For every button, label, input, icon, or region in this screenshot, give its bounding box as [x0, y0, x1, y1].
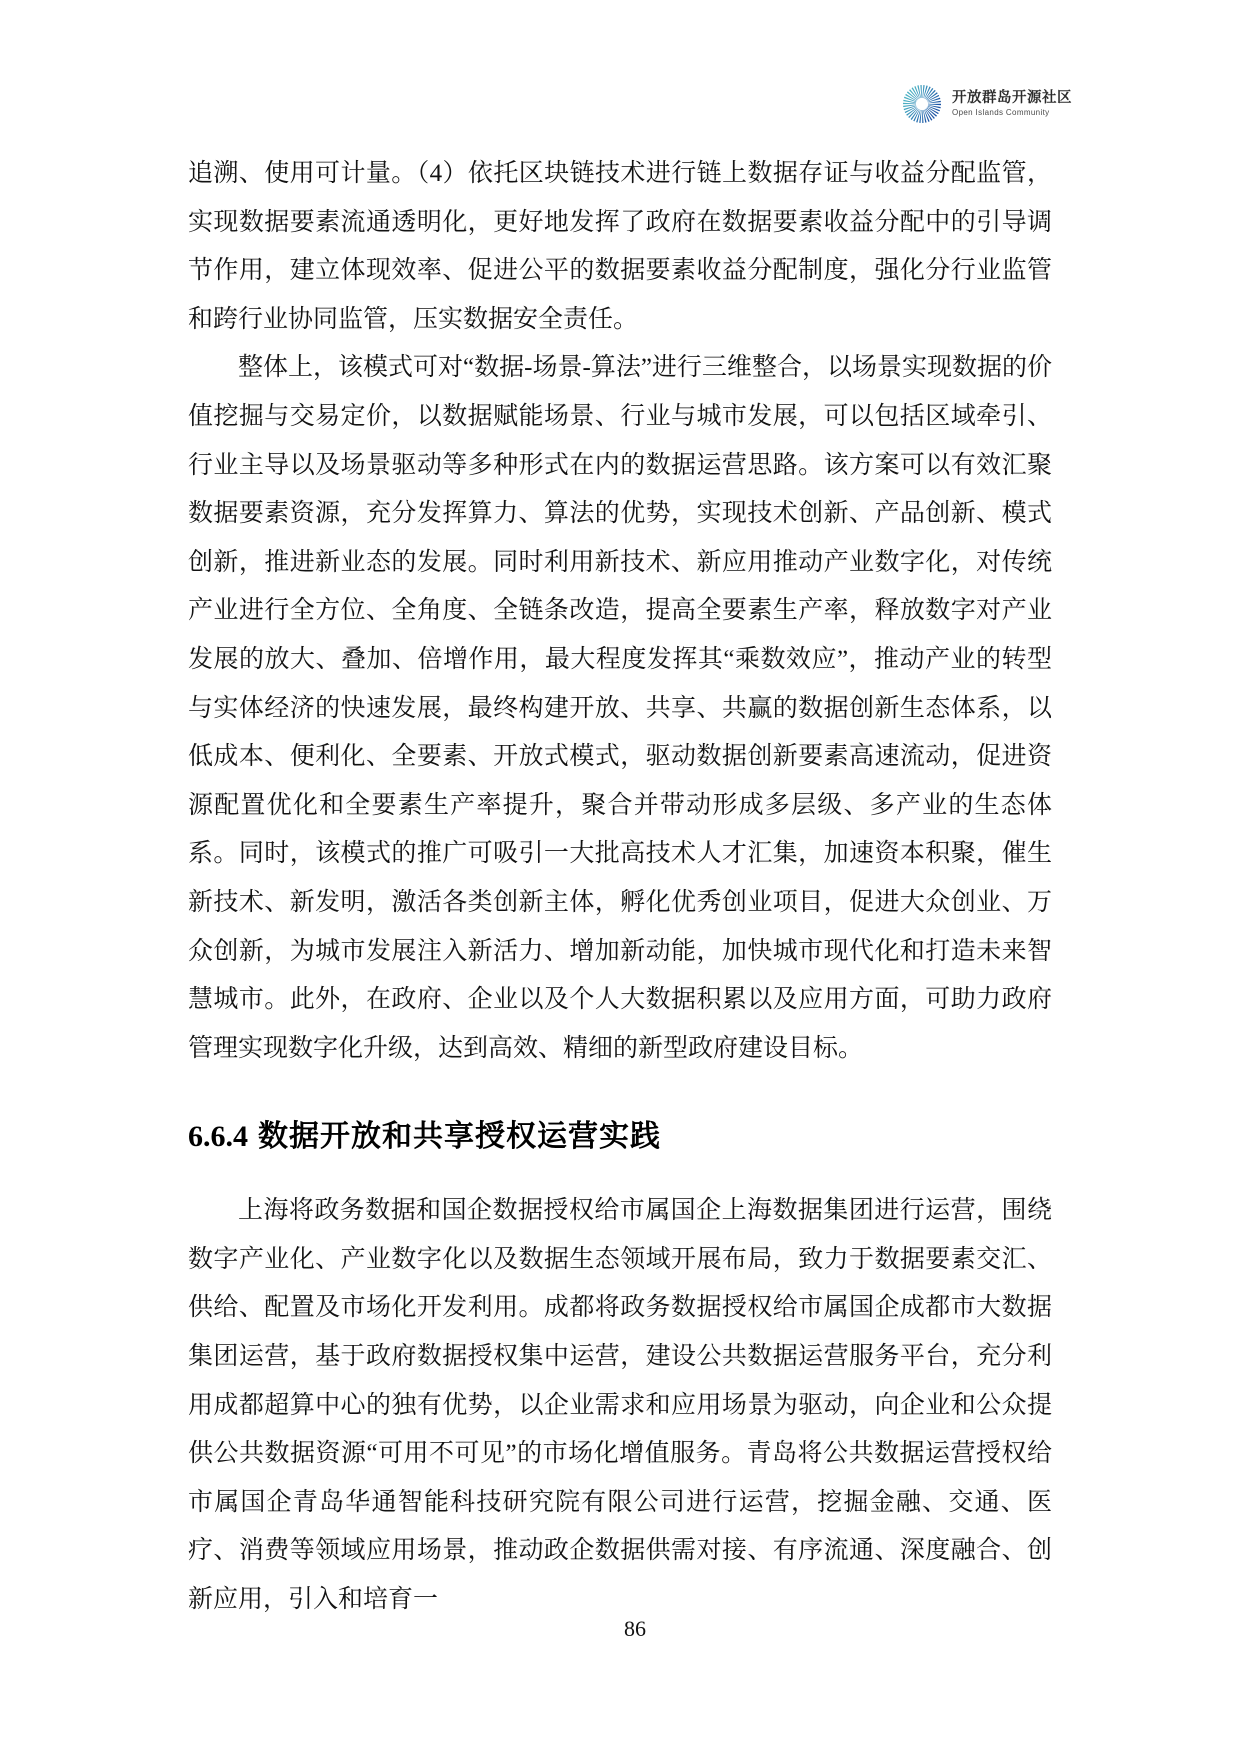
section-heading: 6.6.4数据开放和共享授权运营实践	[188, 1115, 1052, 1159]
logo: 开放群岛开源社区 Open Islands Community	[902, 84, 1072, 124]
document-page: 开放群岛开源社区 Open Islands Community 追溯、使用可计量…	[0, 0, 1240, 1753]
section-title: 数据开放和共享授权运营实践	[258, 1120, 661, 1153]
page-number: 86	[203, 1616, 1067, 1642]
logo-subtitle: Open Islands Community	[952, 109, 1072, 117]
paragraph-practice: 上海将政务数据和国企数据授权给市属国企上海数据集团进行运营，围绕数字产业化、产业…	[188, 1187, 1052, 1624]
paragraph-continuation: 追溯、使用可计量。（4）依托区块链技术进行链上数据存证与收益分配监管，实现数据要…	[188, 150, 1052, 344]
section-number: 6.6.4	[188, 1120, 248, 1153]
sunburst-logo-icon	[902, 84, 942, 124]
document-body: 追溯、使用可计量。（4）依托区块链技术进行链上数据存证与收益分配监管，实现数据要…	[188, 150, 1052, 1625]
paragraph-overview: 整体上，该模式可对“数据-场景-算法”进行三维整合，以场景实现数据的价值挖掘与交…	[188, 344, 1052, 1073]
logo-title: 开放群岛开源社区	[952, 91, 1072, 106]
logo-text: 开放群岛开源社区 Open Islands Community	[952, 91, 1072, 117]
